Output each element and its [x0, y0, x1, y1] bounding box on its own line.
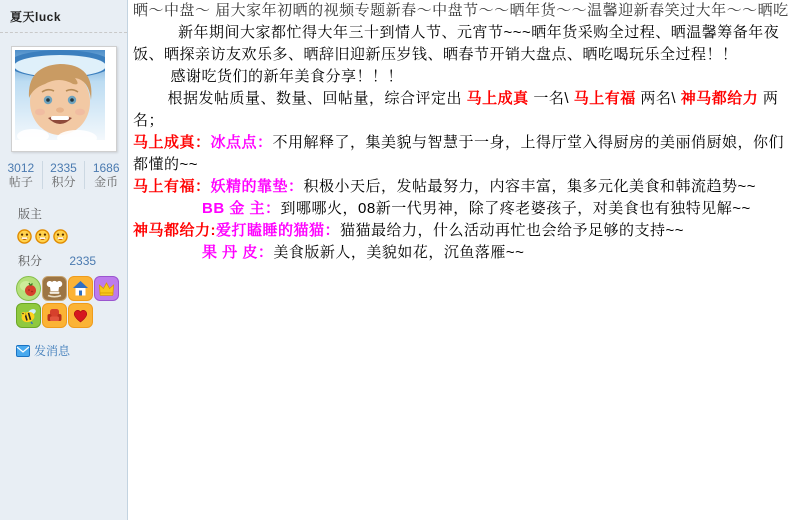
- stat-coins-value[interactable]: 1686: [85, 161, 127, 175]
- winner-line-5: 果 丹 皮：美食版新人，美貌如花，沉鱼落雁~~: [133, 242, 788, 264]
- award-title: 马上成真：: [133, 134, 211, 151]
- winner-description: 猫猫最给力，什么活动再忙也会给予足够的支持~~: [340, 222, 684, 239]
- crown-medal-icon: [94, 276, 119, 301]
- post-paragraph-awards: 根据发帖质量、数量、回帖量，综合评定出 马上成真 一名\ 马上有福 两名\ 神马…: [133, 88, 788, 132]
- stat-coins: 1686 金币: [84, 161, 127, 189]
- stat-coins-label: 金币: [85, 175, 127, 189]
- winner-name: 果 丹 皮：: [202, 244, 273, 261]
- stat-score-label: 积分: [43, 175, 85, 189]
- winner-line-4: 神马都给力:爱打瞌睡的猫猫：猫猫最给力，什么活动再忙也会给予足够的支持~~: [133, 220, 788, 242]
- winner-name: 冰点点：: [211, 134, 273, 151]
- chef-hat-medal-icon: [42, 276, 67, 301]
- user-profile-sidebar: 夏天luck: [0, 0, 128, 520]
- forum-post-page: 夏天luck: [0, 0, 800, 520]
- winner-description: 积极小天后，发帖最努力，内容丰富，集多元化美食和韩流趋势~~: [304, 178, 757, 195]
- send-message-link[interactable]: 发消息: [16, 342, 127, 359]
- score-row: 积分 2335: [18, 252, 127, 269]
- stat-score: 2335 积分: [42, 161, 85, 189]
- mood-emoticons: [17, 229, 127, 244]
- post-paragraph-intro: 新年期间大家都忙得大年三十到情人节、元宵节~~~晒年货采购全过程、晒温馨筹备年夜…: [133, 22, 788, 66]
- house-medal-icon: [68, 276, 93, 301]
- medal-badges: [16, 276, 124, 330]
- user-role-label: 版主: [18, 205, 127, 222]
- baby-avatar-image: [15, 50, 105, 140]
- username: 夏天luck: [0, 0, 127, 25]
- stat-score-value[interactable]: 2335: [43, 161, 85, 175]
- stat-posts: 3012 帖子: [0, 161, 42, 189]
- awards-text: 两名\: [636, 90, 681, 107]
- award-name-mashangchengzhen: 马上成真: [467, 90, 529, 107]
- post-paragraph-thanks: 感谢吃货们的新年美食分享！！！: [133, 66, 788, 88]
- winner-line-1: 马上成真：冰点点：不用解释了，集美貌与智慧于一身，上得厅堂入得厨房的美丽俏厨娘，…: [133, 132, 788, 176]
- award-name-shenmadougeili: 神马都给力: [681, 90, 759, 107]
- user-avatar[interactable]: [11, 46, 117, 152]
- awards-text: 一名\: [529, 90, 574, 107]
- award-title: 马上有福：: [133, 178, 211, 195]
- laugh-smiley-icon: [53, 229, 68, 244]
- winner-name: 妖精的靠垫：: [211, 178, 304, 195]
- award-title: 神马都给力:: [133, 222, 216, 239]
- award-name-mashangyoufu: 马上有福: [574, 90, 636, 107]
- winner-name: 爱打瞌睡的猫猫：: [216, 222, 340, 239]
- winner-description: 美食版新人，美貌如花，沉鱼落雁~~: [273, 244, 524, 261]
- stat-posts-value[interactable]: 3012: [0, 161, 42, 175]
- awards-text: 根据发帖质量、数量、回帖量，综合评定出: [168, 90, 467, 107]
- stat-posts-label: 帖子: [0, 175, 42, 189]
- post-content: 晒～中盘～ 届大家年初晒的视频专题新春～中盘节～～晒年货～～温馨迎新春笑过大年～…: [129, 0, 800, 520]
- heart-medal-icon: [68, 303, 93, 328]
- bee-medal-icon: [16, 303, 41, 328]
- clipped-top-text-line: 晒～中盘～ 届大家年初晒的视频专题新春～中盘节～～晒年货～～温馨迎新春笑过大年～…: [133, 0, 788, 22]
- winner-description: 到哪哪火，08新一代男神，除了疼老婆孩子，对美食也有独特见解~~: [281, 200, 751, 217]
- send-message-label: 发消息: [34, 342, 70, 359]
- laugh-smiley-icon: [17, 229, 32, 244]
- score-value: 2335: [69, 254, 96, 268]
- winner-line-3: BB 金 主：到哪哪火，08新一代男神，除了疼老婆孩子，对美食也有独特见解~~: [133, 198, 788, 220]
- vegetable-medal-icon: [16, 276, 41, 301]
- winner-name: BB 金 主：: [202, 200, 281, 217]
- armchair-medal-icon: [42, 303, 67, 328]
- user-stats: 3012 帖子 2335 积分 1686 金币: [0, 161, 127, 189]
- laugh-smiley-icon: [35, 229, 50, 244]
- score-label: 积分: [18, 254, 42, 268]
- divider: [0, 32, 127, 33]
- envelope-icon: [16, 345, 30, 357]
- winner-line-2: 马上有福：妖精的靠垫：积极小天后，发帖最努力，内容丰富，集多元化美食和韩流趋势~…: [133, 176, 788, 198]
